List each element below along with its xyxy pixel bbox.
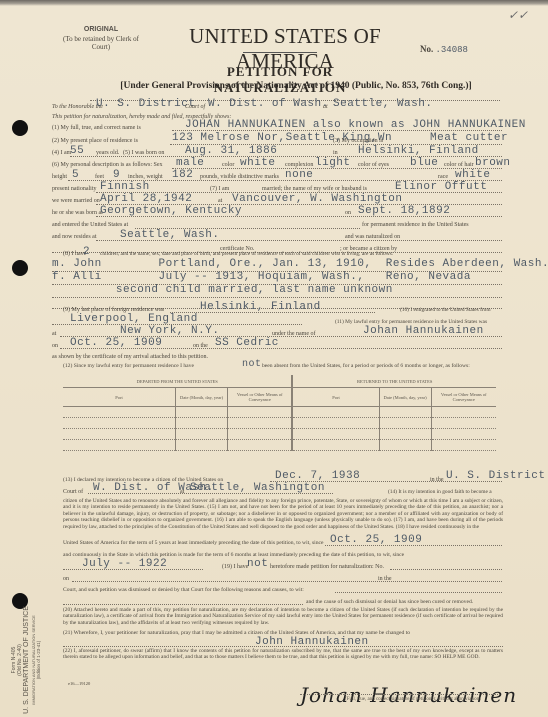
- punch-hole-icon: [12, 260, 28, 276]
- court-of-label: Court of: [185, 104, 205, 111]
- q14-label: (14) It is my intention in good faith to…: [388, 489, 492, 496]
- entry-on-line: [60, 348, 502, 349]
- absence-table: DEPARTED FROM THE UNITED STATES RETURNED…: [63, 375, 496, 451]
- signature-caption: (Full, true, and correct signature of pe…: [345, 697, 481, 703]
- new-name-line: [63, 646, 503, 647]
- hair-label: color of hair: [444, 162, 474, 169]
- q4-label: (4) I am: [52, 150, 71, 157]
- birth-place: Helsinki, Finland: [358, 146, 479, 157]
- birth-date: Aug. 31, 1886: [185, 146, 277, 157]
- q7-label: (7) I am: [210, 186, 229, 193]
- petitioner-signature: Johan Hannukainen: [300, 683, 517, 707]
- certificate-note: as shown by the certificate of my arriva…: [52, 354, 208, 361]
- side-form-info: Form N-405 (Old No. 2-40) U. S. DEPARTME…: [11, 605, 41, 715]
- court-name: U. S. District: [96, 99, 195, 110]
- signature-line: [300, 694, 500, 695]
- spouse-resides: Seattle, Wash.: [120, 230, 219, 241]
- petition-number: No. .34088: [420, 44, 468, 55]
- vessel-label: on the: [193, 343, 208, 350]
- spouse-born-on-label: on: [345, 210, 351, 217]
- number-value: .34088: [436, 45, 468, 55]
- complexion: light: [315, 158, 351, 169]
- marks: none: [285, 170, 313, 181]
- declared-at-label: at: [180, 489, 184, 496]
- q19-suffix: heretofore made petition for naturalizat…: [270, 564, 384, 571]
- absent: not: [242, 359, 262, 370]
- col-port: Port: [63, 388, 176, 407]
- in-the-label: in the: [430, 477, 444, 484]
- check-mark-icon: ✓✓: [508, 8, 528, 23]
- q6-label: (6) My personal description is as follow…: [52, 162, 162, 169]
- height-inches: 9: [113, 170, 120, 181]
- table-row: [63, 418, 496, 429]
- col-vessel: Vessel or Other Means of Conveyance: [431, 388, 496, 407]
- col-date: Date (Month, day, year): [379, 388, 431, 407]
- prior-petition: not: [247, 559, 268, 570]
- married-on: April 28,1942: [100, 194, 192, 205]
- q2-label: (2) My present place of residence is: [52, 138, 138, 145]
- q20-paragraph: (20) Attached hereto and made a part of …: [63, 607, 503, 626]
- table-row: [63, 429, 496, 440]
- q12-label: (12) Since my lawful entry for permanent…: [63, 363, 194, 370]
- court-district: W. Dist. of Wash.: [208, 99, 329, 110]
- pounds-label: pounds, visible distinctive marks: [200, 174, 279, 181]
- punch-hole-icon: [12, 120, 28, 136]
- residence-since-line: [325, 545, 502, 546]
- height-feet: 5: [72, 170, 79, 181]
- married-on-label: we were married on: [52, 198, 100, 205]
- residence-5yr-label: United States of America for the term of…: [63, 540, 324, 547]
- state-since-line: [63, 569, 203, 570]
- col-port: Port: [292, 388, 379, 407]
- prior-in-the-label: in the: [378, 576, 392, 583]
- entry-at-label: at: [52, 331, 56, 338]
- retained-note: (To be retained by Clerk of Court): [60, 35, 142, 51]
- edition: (Edition of 1-23-41): [36, 605, 41, 715]
- entry-name: Johan Hannukainen: [363, 326, 484, 337]
- department: U. S. DEPARTMENT OF JUSTICE: [23, 605, 31, 715]
- birth-in-label: in: [333, 150, 338, 157]
- vessel: SS Cedric: [215, 338, 279, 349]
- q19-label: (19) I have: [222, 564, 248, 571]
- dismissed-text: Court, and such petition was dismissed o…: [63, 587, 304, 594]
- original-label: ORIGINAL: [66, 26, 136, 33]
- children-count: 2: [83, 247, 90, 258]
- col-date: Date (Month, day, year): [176, 388, 228, 407]
- table-row: [63, 440, 496, 451]
- inches-label: inches, weight: [128, 174, 163, 181]
- married-label: married; the name of my wife or husband …: [262, 186, 367, 193]
- allegiance-paragraph: citizen of the United States and to reno…: [63, 498, 503, 530]
- reasons-line: [63, 604, 303, 605]
- eyes-label: color of eyes: [358, 162, 389, 169]
- court-city: Seattle, Wash.: [333, 99, 432, 110]
- returned-header: RETURNED TO THE UNITED STATES: [292, 375, 496, 388]
- table-row: [63, 407, 496, 418]
- q1-label: (1) My full, true, and correct name is: [52, 125, 141, 132]
- color-label: color: [222, 162, 234, 169]
- title-rule: [243, 52, 317, 53]
- color: white: [240, 158, 276, 169]
- scan-shadow: [0, 0, 548, 6]
- complexion-label: complexion: [285, 162, 313, 169]
- entry-on-label: on: [52, 343, 58, 350]
- nationality: Finnish: [100, 182, 150, 193]
- married-at-label: at: [218, 198, 222, 205]
- declared-court: U. S. District: [446, 471, 545, 482]
- q10-label: (10) I emigrated to the United States fr…: [400, 307, 491, 314]
- child-row: second child married, last name unknown: [52, 285, 502, 298]
- form-subtitle: [Under General Provisions of the Nationa…: [96, 81, 496, 91]
- full-name: JOHAN HANNUKAINEN also known as JOHN HAN…: [185, 120, 526, 131]
- col-vessel: Vessel or Other Means of Conveyance: [228, 388, 293, 407]
- petition-no-line: [390, 569, 502, 570]
- naturalized-label: and was naturalized on: [345, 234, 400, 241]
- resides-label: and now resides at: [52, 234, 97, 241]
- number-label: No.: [420, 44, 433, 54]
- petition-document: ORIGINAL (To be retained by Clerk of Cou…: [0, 0, 548, 717]
- form-title: PETITION FOR NATURALIZATION: [160, 64, 400, 96]
- prior-on-label: on: [63, 576, 69, 583]
- married-at: Vancouver, W. Washington: [232, 194, 402, 205]
- court-at-label: at: [323, 104, 328, 111]
- declared-court-of-label: Court of: [63, 489, 83, 496]
- occupation-label: (3) My occupation is: [333, 138, 383, 145]
- occupation: Meat cutter: [430, 133, 508, 144]
- weight: 182: [172, 170, 193, 181]
- sex: male: [176, 158, 204, 169]
- spouse-name: Elinor Offutt: [395, 182, 487, 193]
- print-code: e16—19120: [68, 680, 90, 687]
- race: white: [455, 170, 491, 181]
- eyes: blue: [410, 158, 438, 169]
- height-label: height: [52, 174, 67, 181]
- q12-suffix: been absent from the United States, for …: [262, 363, 470, 370]
- dismissed-line: [335, 592, 502, 593]
- race-label: race: [438, 174, 448, 181]
- prior-on-line: [72, 581, 502, 582]
- declared-at: Seattle, Washington: [190, 483, 325, 494]
- spouse-born-at: Georgetown, Kentucky: [100, 206, 242, 217]
- nationality-label: present nationality: [52, 186, 97, 193]
- foreign-line: [170, 312, 375, 313]
- cured-text: and the cause of such dismissal or denia…: [306, 599, 473, 606]
- hair: brown: [475, 158, 511, 169]
- departed-header: DEPARTED FROM THE UNITED STATES: [63, 375, 292, 388]
- children-label: children; and the name, sex, date and pl…: [100, 251, 393, 258]
- spouse-born-on: Sept. 18,1892: [358, 206, 450, 217]
- entered-label: and entered the United States at: [52, 222, 128, 229]
- q22-paragraph: (22) I, aforesaid petitioner, do swear (…: [63, 648, 503, 661]
- permanent-label: for permanent residence in the United St…: [362, 222, 469, 229]
- feet-label: feet: [95, 174, 104, 181]
